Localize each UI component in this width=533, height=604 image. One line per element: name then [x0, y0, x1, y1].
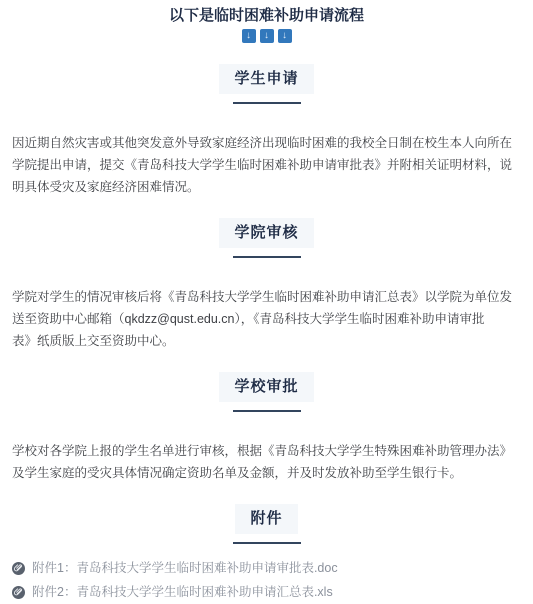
section-school-approval: 学校审批 学校对各学院上报的学生名单进行审核，根据《青岛科技大学学生特殊困难补助… [0, 372, 533, 484]
section-attachments: 附件 附件1：青岛科技大学学生临时困难补助申请审批表.doc [0, 504, 533, 602]
attachment-label: 附件1：青岛科技大学学生临时困难补助申请审批表.doc [32, 558, 338, 578]
down-arrow-icon: ↓ [260, 29, 274, 43]
heading-underline [233, 102, 301, 104]
section-college-review: 学院审核 学院对学生的情况审核后将《青岛科技大学学生临时困难补助申请汇总表》以学… [0, 218, 533, 352]
heading-underline [233, 410, 301, 412]
down-arrows-row: ↓ ↓ ↓ [0, 29, 533, 44]
heading-underline [233, 542, 301, 544]
section-heading-student-application: 学生申请 [219, 64, 313, 94]
section-heading-wrap: 学院审核 [0, 218, 533, 258]
attachment-link-2[interactable]: 附件2：青岛科技大学学生临时困难补助申请汇总表.xls [12, 582, 519, 602]
down-arrow-icon: ↓ [242, 29, 256, 43]
paperclip-icon [12, 586, 25, 599]
section-heading-wrap: 学生申请 [0, 64, 533, 104]
attachment-link-1[interactable]: 附件1：青岛科技大学学生临时困难补助申请审批表.doc [12, 558, 519, 578]
attachment-label: 附件2：青岛科技大学学生临时困难补助申请汇总表.xls [32, 582, 333, 602]
section-heading-wrap: 附件 [0, 504, 533, 544]
attachment-list: 附件1：青岛科技大学学生临时困难补助申请审批表.doc 附件2：青岛科技大学学生… [12, 558, 519, 602]
section-body-school-approval: 学校对各学院上报的学生名单进行审核，根据《青岛科技大学学生特殊困难补助管理办法》… [12, 440, 519, 484]
article-page: 以下是临时困难补助申请流程 ↓ ↓ ↓ 学生申请 因近期自然灾害或其他突发意外导… [0, 0, 533, 602]
page-title: 以下是临时困难补助申请流程 [0, 6, 533, 25]
section-body-college-review: 学院对学生的情况审核后将《青岛科技大学学生临时困难补助申请汇总表》以学院为单位发… [12, 286, 519, 352]
section-student-application: 学生申请 因近期自然灾害或其他突发意外导致家庭经济出现临时困难的我校全日制在校生… [0, 64, 533, 198]
down-arrow-icon: ↓ [278, 29, 292, 43]
section-heading-wrap: 学校审批 [0, 372, 533, 412]
heading-underline [233, 256, 301, 258]
section-heading-college-review: 学院审核 [219, 218, 313, 248]
paperclip-icon [12, 562, 25, 575]
section-heading-school-approval: 学校审批 [219, 372, 313, 402]
section-body-student-application: 因近期自然灾害或其他突发意外导致家庭经济出现临时困难的我校全日制在校生本人向所在… [12, 132, 519, 198]
section-heading-attachments: 附件 [235, 504, 297, 534]
